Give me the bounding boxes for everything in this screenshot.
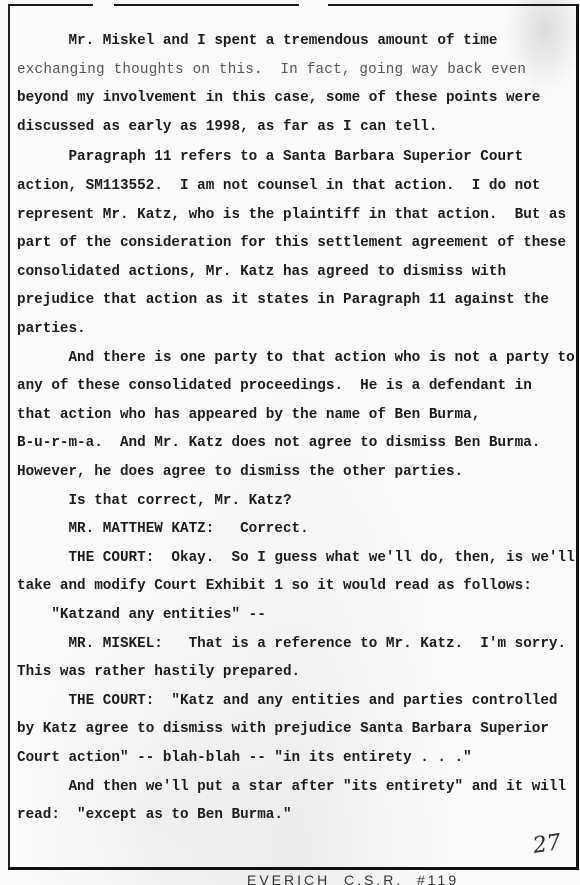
- frame-right-border: [576, 5, 579, 869]
- transcript-line: any of these consolidated proceedings. H…: [17, 377, 532, 395]
- transcript-line: THE COURT: Okay. So I guess what we'll d…: [17, 549, 575, 567]
- transcript-line: Court action" -- blah-blah -- "in its en…: [17, 749, 472, 767]
- transcript-line: part of the consideration for this settl…: [17, 234, 566, 252]
- transcript-line: B-u-r-m-a. And Mr. Katz does not agree t…: [17, 434, 540, 452]
- transcript-line: Is that correct, Mr. Katz?: [17, 492, 292, 510]
- transcript-line: exchanging thoughts on this. In fact, go…: [17, 61, 526, 79]
- transcript-line: "Katzand any entities" --: [17, 606, 266, 624]
- frame-top-border-segment: [328, 4, 579, 6]
- transcript-line: action, SM113552. I am not counsel in th…: [17, 177, 540, 195]
- transcript-line: prejudice that action as it states in Pa…: [17, 291, 549, 309]
- transcript-line: THE COURT: "Katz and any entities and pa…: [17, 692, 558, 710]
- transcript-line: read: "except as to Ben Burma.": [17, 806, 292, 824]
- frame-bottom-border: [8, 867, 579, 870]
- transcript-line: discussed as early as 1998, as far as I …: [17, 118, 437, 136]
- frame-top-border-segment: [8, 4, 93, 6]
- transcript-line: beyond my involvement in this case, some…: [17, 89, 540, 107]
- transcript-line: This was rather hastily prepared.: [17, 663, 300, 681]
- transcript-line: Paragraph 11 refers to a Santa Barbara S…: [17, 148, 523, 166]
- transcript-line: take and modify Court Exhibit 1 so it wo…: [17, 577, 532, 595]
- transcript-line: Mr. Miskel and I spent a tremendous amou…: [17, 32, 497, 50]
- frame-left-border: [8, 5, 10, 869]
- transcript-line: However, he does agree to dismiss the ot…: [17, 463, 463, 481]
- transcript-line: that action who has appeared by the name…: [17, 406, 480, 424]
- transcript-line: MR. MATTHEW KATZ: Correct.: [17, 520, 309, 538]
- reporter-footer: EVERICH C.S.R. #119: [247, 872, 459, 885]
- transcript-line: And then we'll put a star after "its ent…: [17, 778, 566, 796]
- transcript-page: Mr. Miskel and I spent a tremendous amou…: [0, 0, 580, 885]
- transcript-line: And there is one party to that action wh…: [17, 349, 575, 367]
- transcript-line: by Katz agree to dismiss with prejudice …: [17, 720, 549, 738]
- frame-top-border-segment: [114, 4, 299, 6]
- handwritten-page-number: 27: [531, 830, 562, 859]
- transcript-line: parties.: [17, 320, 86, 338]
- transcript-line: MR. MISKEL: That is a reference to Mr. K…: [17, 635, 566, 653]
- transcript-line: represent Mr. Katz, who is the plaintiff…: [17, 206, 566, 224]
- transcript-line: consolidated actions, Mr. Katz has agree…: [17, 263, 506, 281]
